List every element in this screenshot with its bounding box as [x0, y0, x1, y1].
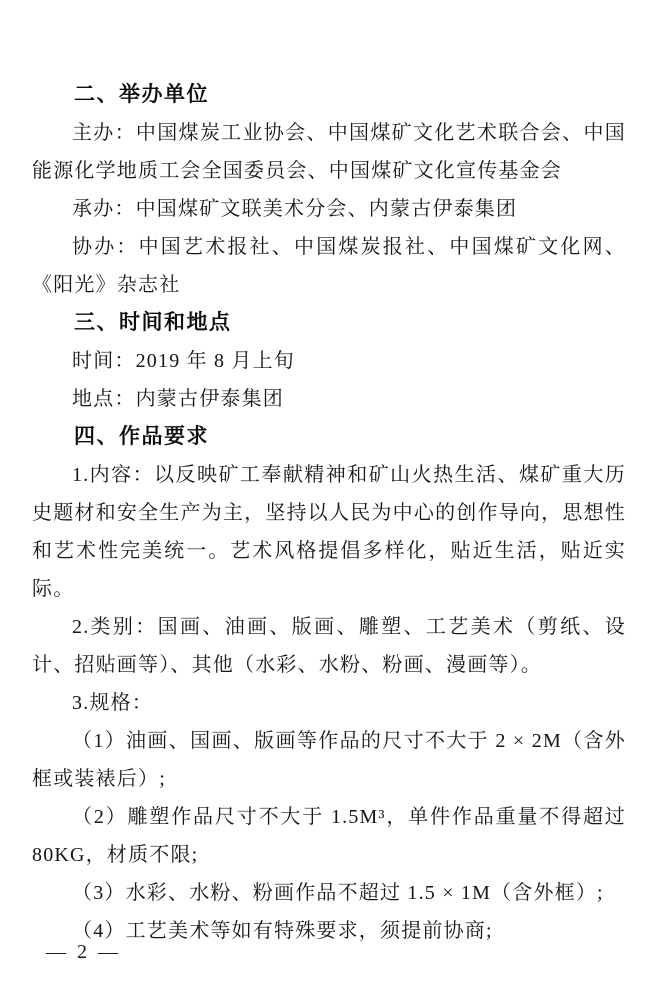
paragraph: 3.规格： — [32, 684, 626, 722]
paragraph: 地点：内蒙古伊泰集团 — [32, 380, 626, 418]
paragraph: （3）水彩、水粉、粉画作品不超过 1.5 × 1M（含外框）; — [32, 874, 626, 912]
paragraph: 1.内容：以反映矿工奉献精神和矿山火热生活、煤矿重大历史题材和安全生产为主，坚持… — [32, 456, 626, 608]
paragraph: （2）雕塑作品尺寸不大于 1.5M³，单件作品重量不得超过 80KG，材质不限; — [32, 798, 626, 874]
page-number: — 2 — — [46, 941, 121, 964]
document-body: 二、举办单位主办：中国煤炭工业协会、中国煤矿文化艺术联合会、中国能源化学地质工会… — [32, 76, 626, 950]
paragraph: 承办：中国煤矿文联美术分会、内蒙古伊泰集团 — [32, 190, 626, 228]
paragraph: 协办：中国艺术报社、中国煤炭报社、中国煤矿文化网、《阳光》杂志社 — [32, 228, 626, 304]
section-heading: 四、作品要求 — [32, 418, 626, 456]
paragraph: 2.类别：国画、油画、版画、雕塑、工艺美术（剪纸、设计、招贴画等）、其他（水彩、… — [32, 608, 626, 684]
scanned-document-page: 二、举办单位主办：中国煤炭工业协会、中国煤矿文化艺术联合会、中国能源化学地质工会… — [0, 0, 650, 994]
section-heading: 三、时间和地点 — [32, 304, 626, 342]
paragraph: （4）工艺美术等如有特殊要求，须提前协商; — [32, 912, 626, 950]
section-heading: 二、举办单位 — [32, 76, 626, 114]
paragraph: （1）油画、国画、版画等作品的尺寸不大于 2 × 2M（含外框或装裱后）; — [32, 722, 626, 798]
paragraph: 时间：2019 年 8 月上旬 — [32, 342, 626, 380]
paragraph: 主办：中国煤炭工业协会、中国煤矿文化艺术联合会、中国能源化学地质工会全国委员会、… — [32, 114, 626, 190]
